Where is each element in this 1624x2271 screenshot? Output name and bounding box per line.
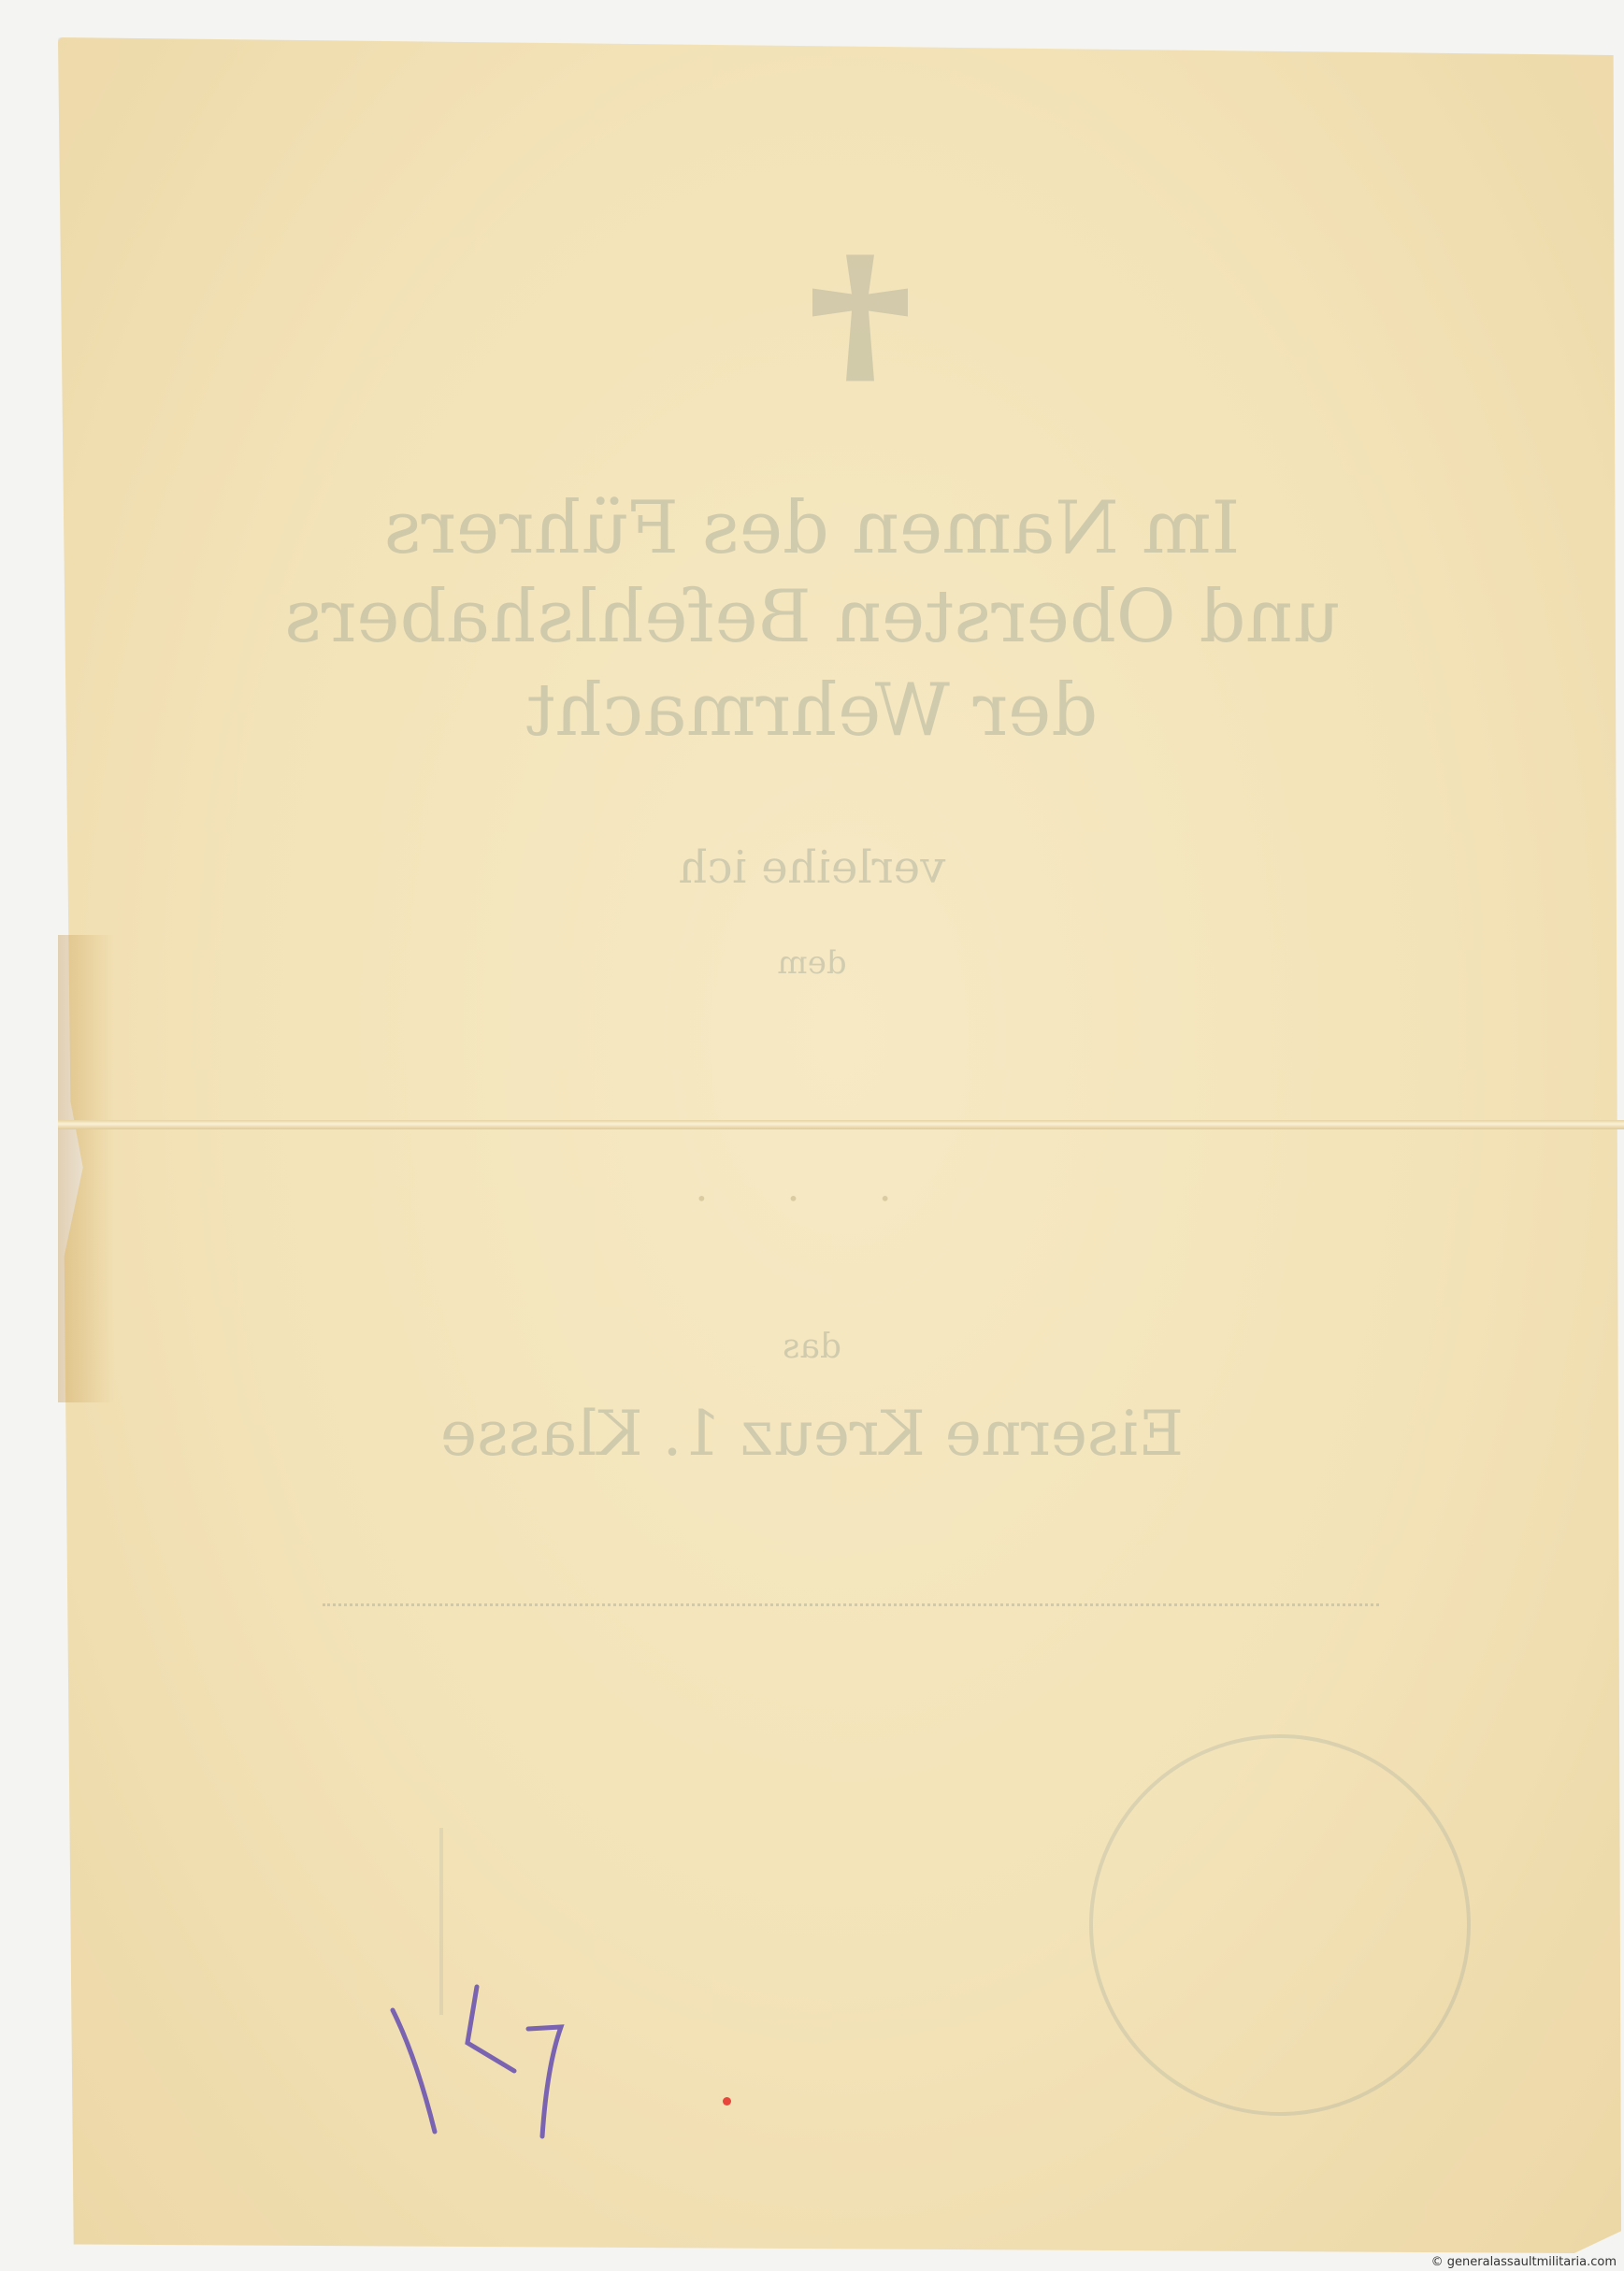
showthrough-line-2: und Obersten Befehlshabers — [0, 575, 1624, 659]
pin-holes: • • • — [0, 1187, 1624, 1210]
showthrough-line-1: Im Namen des Führers — [0, 486, 1624, 570]
red-ink-spot — [723, 2097, 731, 2106]
copyright-watermark: © generalassaultmilitaria.com — [1431, 2255, 1617, 2269]
fold-crease — [58, 1120, 1624, 1129]
stamp-showthrough — [1089, 1734, 1471, 2116]
showthrough-line-3: der Wehrmacht — [0, 668, 1624, 753]
showthrough-line-5: dem — [0, 944, 1624, 982]
date-line — [323, 1603, 1379, 1606]
iron-cross-icon — [790, 248, 930, 388]
showthrough-line-6: das — [0, 1328, 1624, 1366]
showthrough-award-name: Eiserne Kreuz 1. Klasse — [0, 1398, 1624, 1470]
showthrough-line-4: verleihe ich — [0, 841, 1624, 894]
handwritten-number — [374, 1982, 589, 2141]
